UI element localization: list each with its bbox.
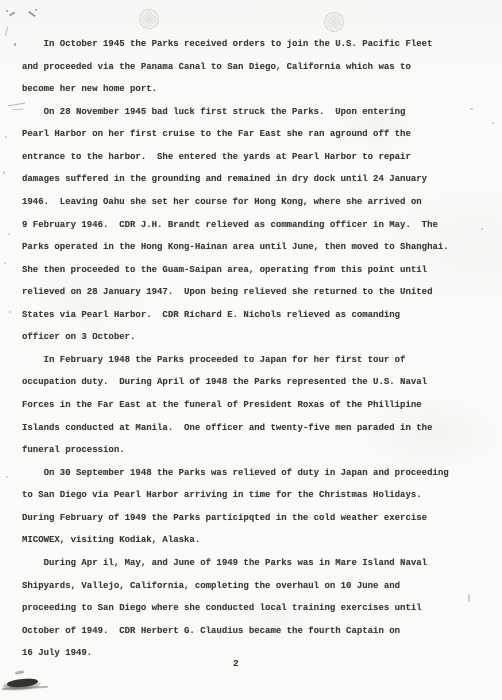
paper-speck — [4, 262, 6, 264]
paper-speck — [5, 136, 7, 138]
text-line: proceeding to San Diego where she conduc… — [22, 597, 488, 620]
paper-speck — [492, 122, 494, 124]
paper-speck — [3, 171, 5, 174]
text-line: In October 1945 the Parks received order… — [22, 33, 488, 56]
typewritten-text-block: In October 1945 the Parks received order… — [22, 33, 488, 665]
text-line: Islands conducted at Manila. One officer… — [22, 417, 488, 440]
text-line: On 30 September 1948 the Parks was relie… — [22, 462, 488, 485]
text-line: 1946. Leaving Oahu she set her course fo… — [22, 191, 488, 214]
text-line: become her new home port. — [22, 78, 488, 101]
text-line: States via Pearl Harbor. CDR Richard E. … — [22, 304, 488, 327]
text-line: relieved on 28 January 1947. Upon being … — [22, 281, 488, 304]
pencil-mark — [5, 27, 8, 36]
text-line: and proceeded via the Panama Canal to Sa… — [22, 56, 488, 79]
text-line: 16 July 1949. — [22, 642, 488, 665]
text-line: 9 February 1946. CDR J.H. Brandt relieve… — [22, 214, 488, 237]
text-line: funeral procession. — [22, 439, 488, 462]
text-line: officer on 3 October. — [22, 326, 488, 349]
page-number: 2 — [233, 658, 239, 669]
paper-speck — [8, 233, 10, 235]
text-line: In February 1948 the Parks proceeded to … — [22, 349, 488, 372]
paper-speck — [6, 476, 8, 478]
text-line: On 28 November 1945 bad luck first struc… — [22, 101, 488, 124]
pencil-mark — [6, 10, 8, 12]
embossed-seal-icon — [324, 12, 344, 32]
text-line: MICOWEX, visiting Kodiak, Alaska. — [22, 529, 488, 552]
text-line: During February of 1949 the Parks partic… — [22, 507, 488, 530]
paper-speck — [9, 311, 11, 313]
pencil-mark — [28, 11, 36, 17]
text-line: damages suffered in the grounding and re… — [22, 168, 488, 191]
document-page: In October 1945 the Parks received order… — [0, 0, 502, 700]
text-line: occupation duty. During April of 1948 th… — [22, 371, 488, 394]
text-line: Shipyards, Vallejo, California, completi… — [22, 575, 488, 598]
text-line: Pearl Harbor on her first cruise to the … — [22, 123, 488, 146]
text-line: Parks operated in the Hong Kong-Hainan a… — [22, 236, 488, 259]
text-line: She then proceeded to the Guam-Saipan ar… — [22, 259, 488, 282]
text-line: During Apr il, May, and June of 1949 the… — [22, 552, 488, 575]
pencil-mark — [35, 9, 37, 11]
text-line: October of 1949. CDR Herbert G. Claudius… — [22, 620, 488, 643]
text-line: entrance to the harbor. She entered the … — [22, 146, 488, 169]
text-line: to San Diego via Pearl Harbor arriving i… — [22, 484, 488, 507]
embossed-seal-icon — [139, 9, 159, 29]
ink-smudge-squiggle — [15, 670, 24, 675]
text-line: Forces in the Far East at the funeral of… — [22, 394, 488, 417]
pencil-mark — [14, 43, 16, 46]
pencil-mark — [9, 12, 15, 17]
